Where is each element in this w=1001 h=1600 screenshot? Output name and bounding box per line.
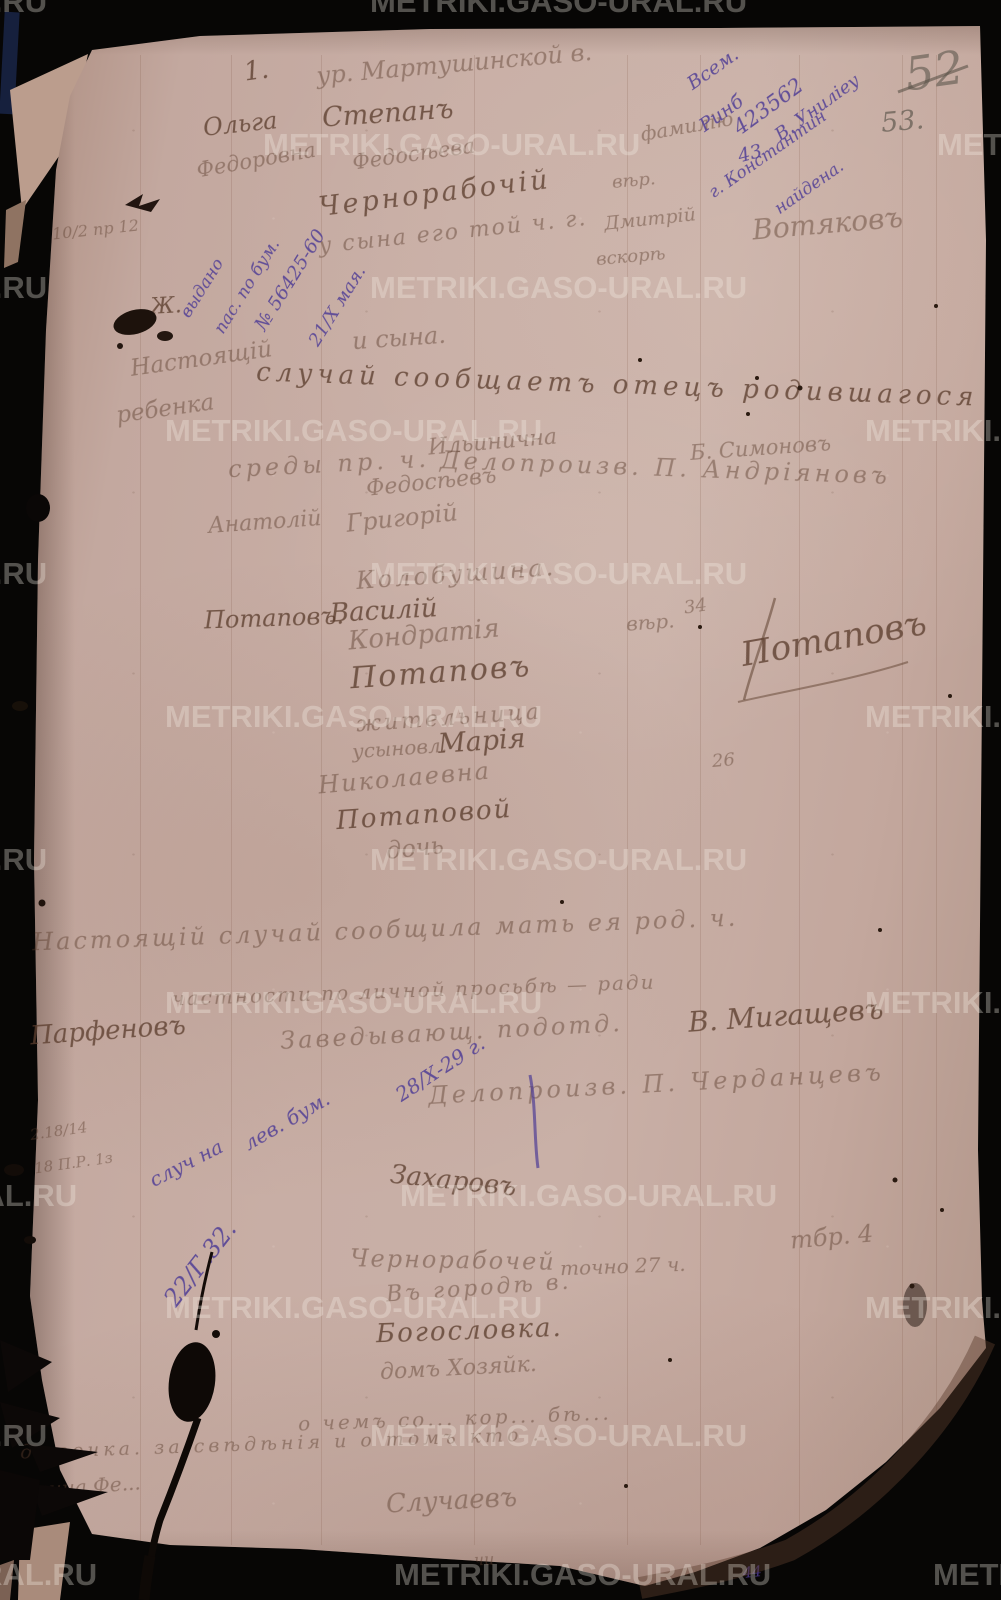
watermark-text: METRIKI.GASO-URAL.RU bbox=[370, 1420, 747, 1451]
watermark-text: METRIKI.GASO-URAL.RU bbox=[165, 1292, 542, 1323]
watermark-text: METRIKI.GASO-URAL.RU bbox=[370, 844, 747, 875]
watermark-text: METRIKI.GASO-URAL.RU bbox=[937, 129, 1001, 160]
watermark-text: METRIKI.GASO-URAL.RU bbox=[370, 272, 747, 303]
watermark-text: METRIKI.GASO-URAL.RU bbox=[165, 701, 542, 732]
watermark-text: METRIKI.GASO-URAL.RU bbox=[165, 987, 542, 1018]
watermark-text: METRIKI.GASO-URAL.RU bbox=[865, 1292, 1001, 1323]
watermark-text: METRIKI.GASO-URAL.RU bbox=[400, 1180, 777, 1211]
watermark-text: METRIKI.GASO-URAL.RU bbox=[394, 1559, 771, 1590]
watermark-text: METRIKI.GASO-URAL.RU bbox=[0, 1559, 97, 1590]
watermark-text: METRIKI.GASO-URAL.RU bbox=[370, 558, 747, 589]
watermark-text: METRIKI.GASO-URAL.RU bbox=[165, 415, 542, 446]
watermark-text: METRIKI.GASO-URAL.RU bbox=[865, 701, 1001, 732]
scanned-archival-page: 1. ур. Мартушинской в. Ольга Степанъ фам… bbox=[0, 0, 1001, 1600]
damage-and-stains bbox=[0, 0, 1001, 1600]
watermark-text: METRIKI.GASO-URAL.RU bbox=[865, 415, 1001, 446]
watermark-text: METRIKI.GASO-URAL.RU bbox=[263, 129, 640, 160]
watermark-text: METRIKI.GASO-URAL.RU bbox=[0, 1420, 47, 1451]
watermark-text: METRIKI.GASO-URAL.RU bbox=[0, 1180, 77, 1211]
watermark-text: METRIKI.GASO-URAL.RU bbox=[0, 844, 47, 875]
watermark-text: METRIKI.GASO-URAL.RU bbox=[370, 0, 747, 17]
watermark-text: METRIKI.GASO-URAL.RU bbox=[865, 987, 1001, 1018]
watermark-text: METRIKI.GASO-URAL.RU bbox=[0, 0, 47, 17]
watermark-text: METRIKI.GASO-URAL.RU bbox=[0, 272, 47, 303]
watermark-text: METRIKI.GASO-URAL.RU bbox=[0, 558, 47, 589]
watermark-text: METRIKI.GASO-URAL.RU bbox=[933, 1559, 1001, 1590]
